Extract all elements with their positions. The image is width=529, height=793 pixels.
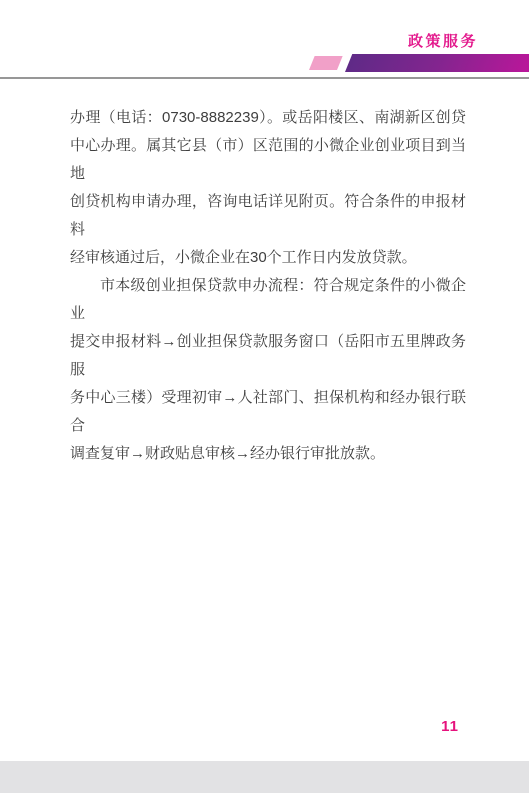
body-text-line: 市本级创业担保贷款申办流程：符合规定条件的小微企业 bbox=[70, 272, 466, 328]
body-text-block: 办理（电话：0730-8882239）。或岳阳楼区、南湖新区创贷 中心办理。属其… bbox=[70, 104, 466, 468]
body-text-line: 中心办理。属其它县（市）区范围的小微企业创业项目到当地 bbox=[70, 132, 466, 188]
body-text-line: 办理（电话：0730-8882239）。或岳阳楼区、南湖新区创贷 bbox=[70, 104, 466, 132]
header-gradient-bar bbox=[345, 54, 529, 72]
body-text-line: 务中心三楼）受理初审→人社部门、担保机构和经办银行联合 bbox=[70, 384, 466, 440]
section-title: 政策服务 bbox=[408, 32, 478, 52]
body-text-line: 创贷机构申请办理，咨询电话详见附页。符合条件的申报材料 bbox=[70, 188, 466, 244]
pink-accent-shape bbox=[309, 56, 343, 70]
document-page: 政策服务 办理（电话：0730-8882239）。或岳阳楼区、南湖新区创贷 中心… bbox=[0, 0, 529, 793]
body-text-line: 调查复审→财政贴息审核→经办银行审批放款。 bbox=[70, 440, 466, 468]
footer-gray-band bbox=[0, 761, 529, 793]
body-text-line: 提交申报材料→创业担保贷款服务窗口（岳阳市五里牌政务服 bbox=[70, 328, 466, 384]
header-divider-line bbox=[0, 77, 529, 79]
page-number: 11 bbox=[438, 716, 462, 738]
body-text-line: 经审核通过后，小微企业在30个工作日内发放贷款。 bbox=[70, 244, 466, 272]
